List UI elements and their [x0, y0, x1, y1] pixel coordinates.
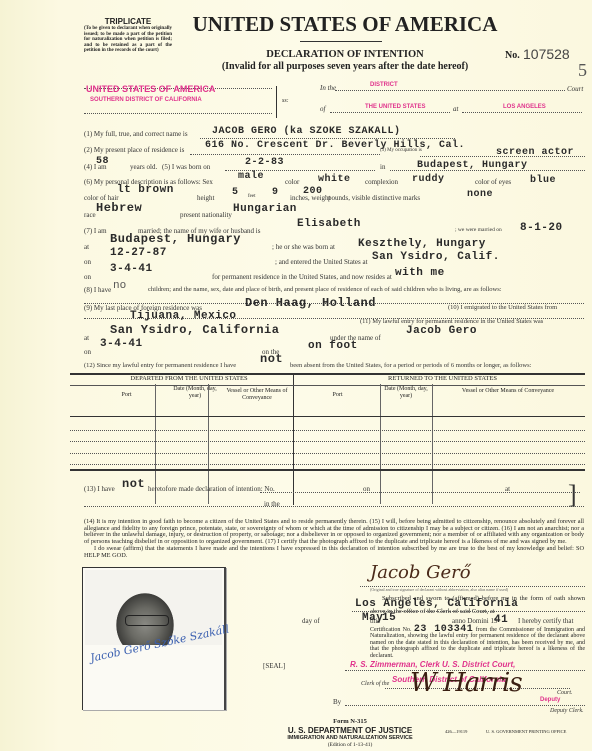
stamp-southern-district: SOUTHERN DISTRICT OF CALIFORNIA — [90, 97, 202, 103]
department-name: U. S. DEPARTMENT OF JUSTICE — [240, 726, 460, 735]
field-full-name: JACOB GERO (ka SZOKE SZAKALL) — [212, 126, 401, 137]
oath-text: (14) It is my intention in good faith to… — [84, 519, 584, 545]
field-hair: lt brown — [117, 184, 174, 196]
field-spouse-entry-date: 3-4-41 — [110, 263, 153, 275]
field-sworn-day: 15 — [382, 612, 396, 624]
field-marks: none — [467, 189, 493, 200]
triplicate-title: TRIPLICATE — [84, 17, 172, 26]
field-children: no — [113, 280, 126, 292]
declarant-photo: Jacob Gerő Szőke Szakáll — [82, 567, 226, 710]
swear-text: I do swear (affirm) that the statements … — [84, 546, 584, 559]
number-label: No. — [505, 50, 520, 61]
declaration-number: 107528 — [523, 46, 570, 62]
document-title: UNITED STATES OF AMERICA — [190, 12, 500, 37]
field-sworn-place: Los Angeles, California — [355, 598, 518, 610]
field-weight: 200 — [303, 186, 323, 197]
seal-label: [SEAL] — [263, 662, 285, 670]
form-number: Form N-315 — [300, 718, 400, 725]
stamp-united-states: UNITED STATES OF AMERICA — [86, 84, 215, 94]
document-page: TRIPLICATE (To be given to declarant whe… — [0, 0, 592, 751]
field-occupation: screen actor — [496, 147, 574, 158]
certification-text: Certification No. 23 103341 from the Com… — [370, 627, 585, 659]
field-sworn-month: May — [362, 612, 383, 624]
stamp-los-angeles: LOS ANGELES — [503, 104, 546, 110]
field-entry-date: 3-4-41 — [100, 338, 143, 350]
field-spouse-entry-place: San Ysidro, Calif. — [372, 251, 500, 263]
triplicate-block: TRIPLICATE (To be given to declarant whe… — [84, 17, 172, 54]
field-entry-place: San Ysidro, California — [110, 323, 279, 337]
field-spouse: Elisabeth — [297, 218, 361, 230]
stamp-district: DISTRICT — [370, 82, 398, 88]
table-row — [70, 464, 585, 465]
field-last-foreign: Den Haag, Holland — [245, 296, 376, 310]
field-height-ft: 5 — [232, 187, 239, 198]
deputy-signature: W Harris — [410, 668, 522, 698]
validity-note: (Invalid for all purposes seven years af… — [170, 61, 520, 72]
document-subtitle: DECLARATION OF INTENTION — [190, 49, 500, 60]
field-spouse-resides: with me — [395, 267, 445, 279]
field-spouse-birthplace: Keszthely, Hungary — [358, 238, 486, 250]
field-birth-place: Budapest, Hungary — [417, 160, 528, 171]
declarant-signature: Jacob Gerő — [370, 562, 471, 583]
field-residence: 616 No. Crescent Dr. Beverly Hills, Cal. — [205, 140, 465, 151]
field-married-at: Budapest, Hungary — [110, 232, 241, 246]
edition-note: (Edition of 1-13-41) — [300, 742, 400, 748]
departed-title: DEPARTED FROM THE UNITED STATES — [84, 375, 294, 382]
printer-name: U. S. GOVERNMENT PRINTING OFFICE — [486, 729, 566, 734]
field-race: Hebrew — [96, 201, 142, 215]
table-row — [70, 441, 585, 442]
field-complexion: ruddy — [412, 174, 445, 185]
field-eyes: blue — [530, 175, 556, 186]
field-color: white — [318, 174, 351, 185]
field-absent: not — [260, 352, 283, 366]
table-row — [70, 430, 585, 431]
service-name: IMMIGRATION AND NATURALIZATION SERVICE — [240, 735, 460, 741]
field-nationality: Hungarian — [233, 203, 297, 215]
field-sex: male — [238, 171, 264, 182]
glasses-icon — [125, 615, 169, 626]
title-rule — [300, 41, 382, 42]
field-entry-name: Jacob Gero — [406, 325, 477, 337]
print-code: 426—19119 — [445, 729, 467, 734]
returned-title: RETURNED TO THE UNITED STATES — [300, 375, 585, 382]
field-age: 58 — [96, 156, 109, 167]
field-prior-declaration: not — [122, 477, 145, 491]
stamp-the-united-states: THE UNITED STATES — [365, 104, 425, 110]
table-row — [70, 453, 585, 454]
field-spouse-birth-date: 12-27-87 — [110, 247, 167, 259]
field-sworn-year: 41 — [494, 614, 508, 626]
field-height-in: 9 — [272, 187, 279, 198]
field-married-on: 8-1-20 — [520, 222, 563, 234]
bracket-mark: ] — [568, 480, 577, 510]
field-emigrated-from: Tijuana, Mexico — [130, 310, 237, 322]
corner-mark: 5 — [578, 60, 587, 81]
field-birth-date: 2-2-83 — [245, 157, 284, 168]
field-entry-vessel: on foot — [308, 340, 358, 352]
triplicate-note: (To be given to declarant when originall… — [84, 26, 172, 54]
